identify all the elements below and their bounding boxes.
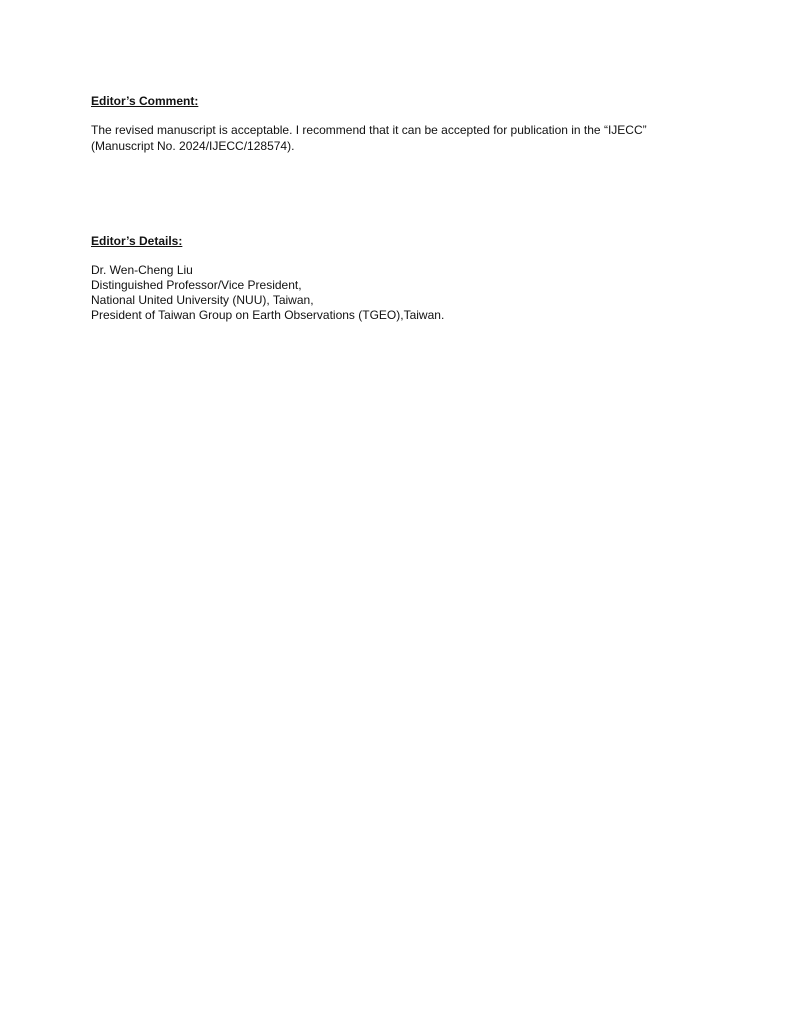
editor-comment-text: The revised manuscript is acceptable. I …	[91, 122, 647, 154]
editor-role: President of Taiwan Group on Earth Obser…	[91, 308, 444, 323]
editor-comment-heading: Editor’s Comment:	[91, 94, 647, 108]
editor-title: Distinguished Professor/Vice President,	[91, 278, 444, 293]
comment-text-line: The revised manuscript is acceptable. I …	[91, 122, 647, 138]
editor-name: Dr. Wen-Cheng Liu	[91, 263, 444, 278]
editor-affiliation: National United University (NUU), Taiwan…	[91, 293, 444, 308]
editor-details-section: Editor’s Details: Dr. Wen-Cheng Liu Dist…	[91, 234, 444, 323]
editor-details-lines: Dr. Wen-Cheng Liu Distinguished Professo…	[91, 263, 444, 323]
comment-text-line: (Manuscript No. 2024/IJECC/128574).	[91, 138, 647, 154]
editor-comment-section: Editor’s Comment: The revised manuscript…	[91, 94, 647, 154]
editor-details-heading: Editor’s Details:	[91, 234, 444, 248]
